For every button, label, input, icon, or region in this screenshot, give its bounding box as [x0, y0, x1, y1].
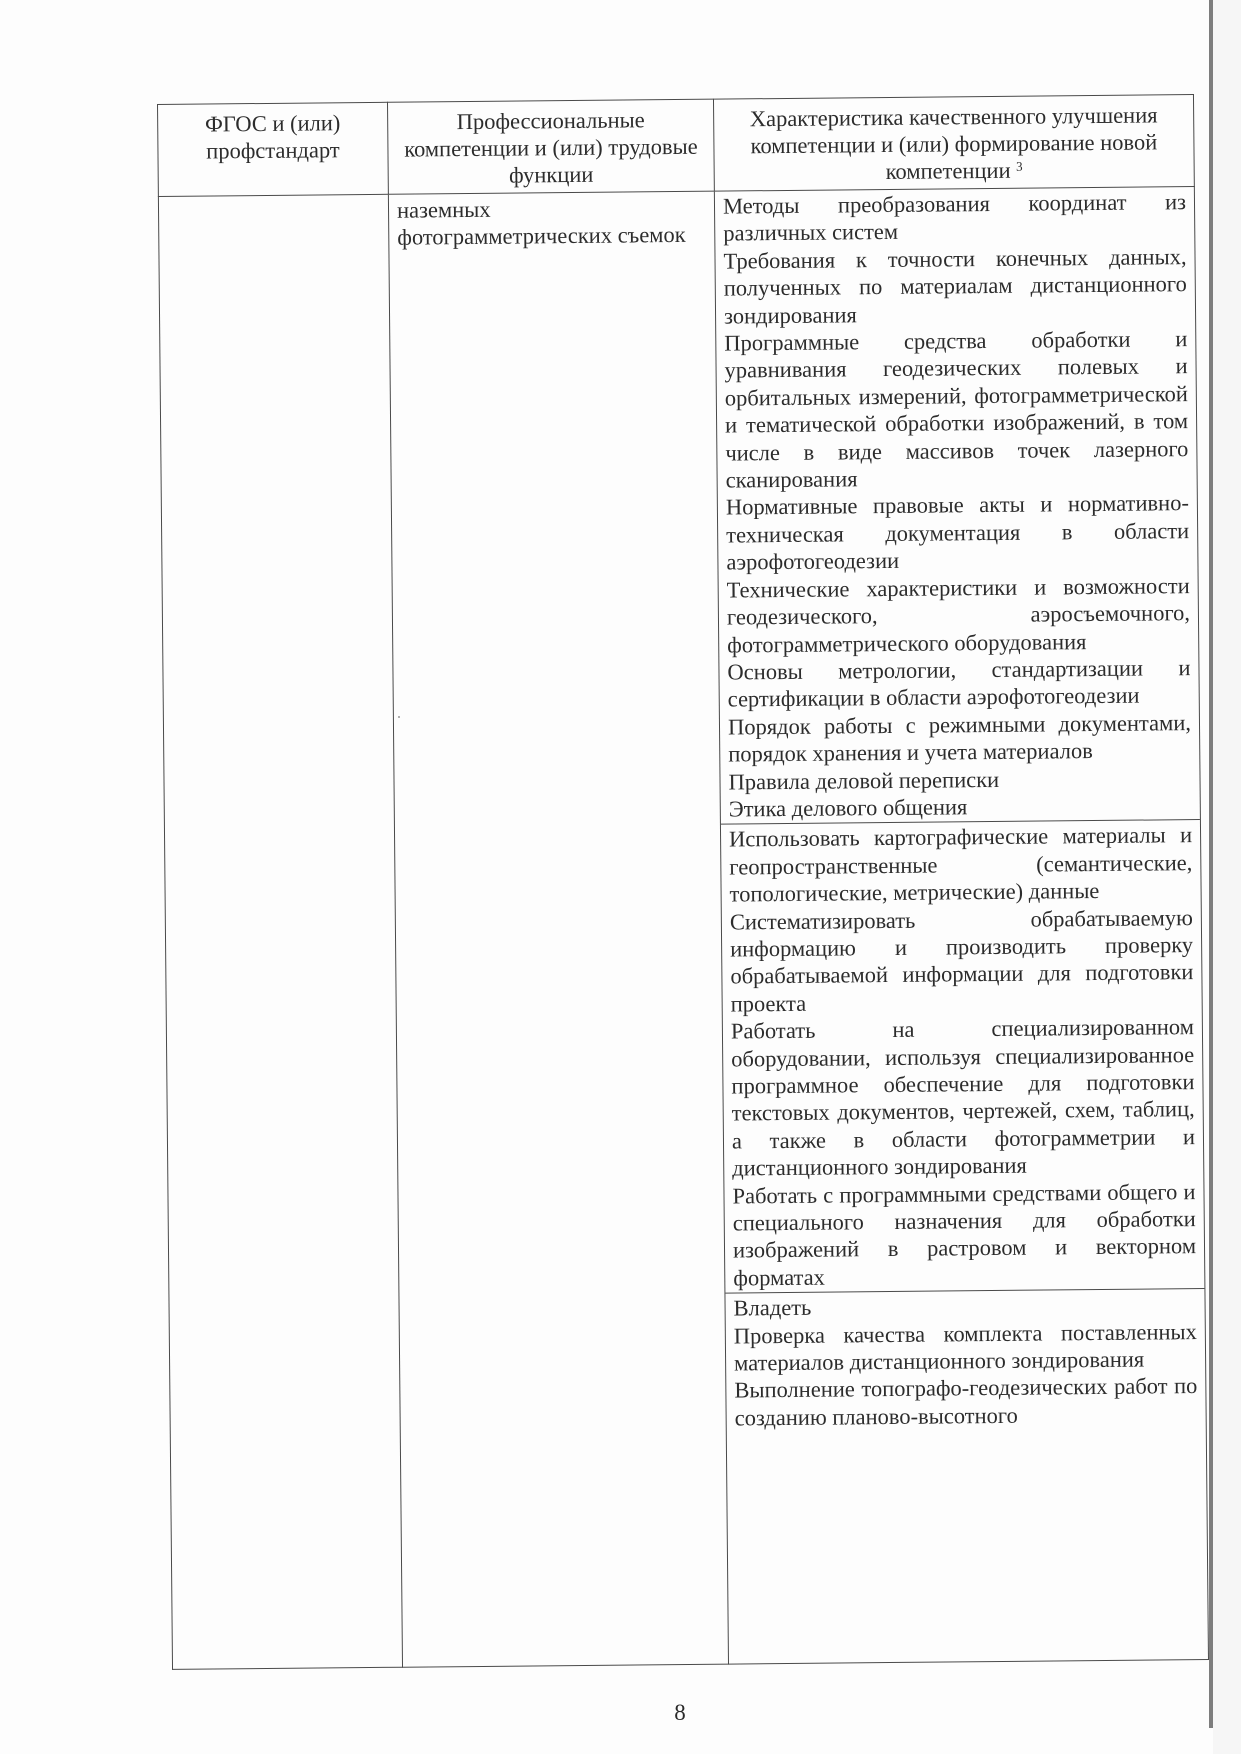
list-item: Технические характеристики и возможности… — [727, 572, 1191, 659]
footnote-mark: 3 — [1016, 159, 1023, 174]
list-item: Требования к точности конечных данных, п… — [723, 243, 1187, 330]
table-header-row: ФГОС и (или) профстандарт Профессиональн… — [158, 95, 1195, 197]
list-item: Порядок работы с режимными документами, … — [728, 709, 1192, 768]
cell-fgos — [158, 194, 402, 1669]
list-item: Методы преобразования координат из разли… — [723, 188, 1187, 247]
header-characteristic-label: Характеристика качественного улучшения к… — [750, 102, 1158, 184]
list-item: Выполнение топографо-геодезических работ… — [734, 1373, 1198, 1432]
cell-characteristic: Методы преобразования координат из разли… — [714, 187, 1208, 1665]
header-characteristic: Характеристика качественного улучшения к… — [713, 95, 1194, 192]
header-fgos-label: ФГОС и (или) профстандарт — [205, 110, 341, 163]
scan-speck — [398, 716, 400, 718]
list-item: Основы метрологии, стандартизации и серт… — [727, 654, 1191, 713]
table-row: наземных фотограмметрических съемок Мето… — [158, 187, 1208, 1670]
list-item: Программные средства обработки и уравнив… — [724, 325, 1189, 494]
knowledge-section: Методы преобразования координат из разли… — [715, 187, 1200, 825]
abilities-section: Владеть Проверка качества комплекта пост… — [725, 1289, 1205, 1433]
list-item: Нормативные правовые акты и нормативно-т… — [726, 490, 1190, 577]
scan-edge-line — [1209, 0, 1213, 1728]
scanned-page: ФГОС и (или) профстандарт Профессиональн… — [0, 0, 1241, 1754]
list-item: Использовать картографические материалы … — [729, 821, 1193, 908]
header-fgos: ФГОС и (или) профстандарт — [158, 102, 389, 196]
competency-table: ФГОС и (или) профстандарт Профессиональн… — [157, 94, 1209, 1670]
page-number: 8 — [668, 1700, 692, 1726]
skills-section: Использовать картографические материалы … — [721, 820, 1204, 1293]
list-item: Работать на специализированном оборудова… — [731, 1013, 1196, 1182]
list-item: Систематизировать обрабатываемую информа… — [730, 904, 1194, 1018]
cell-competency-text: наземных фотограмметрических съемок — [397, 197, 686, 250]
header-competencies-label: Профессиональные компетенции и (или) тру… — [404, 107, 698, 187]
scan-margin — [1213, 0, 1241, 1754]
list-item: Этика делового общения — [729, 791, 1192, 823]
header-competencies: Профессиональные компетенции и (или) тру… — [387, 99, 714, 194]
cell-competency: наземных фотограмметрических съемок — [388, 191, 728, 1667]
list-item: Проверка качества комплекта поставленных… — [734, 1318, 1198, 1377]
list-item: Работать с программными средствами общег… — [732, 1178, 1196, 1292]
